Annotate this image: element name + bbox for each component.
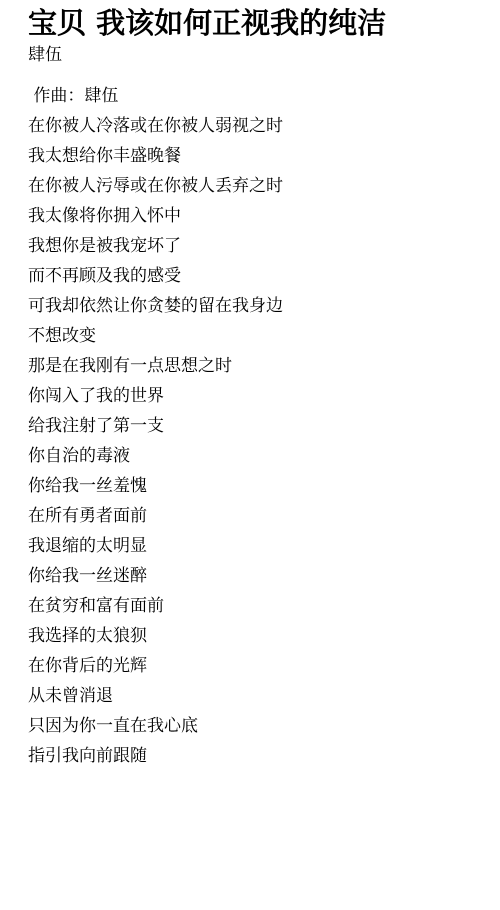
lyric-line: 你闯入了我的世界 xyxy=(0,381,500,411)
lyric-line: 在你被人污辱或在你被人丢弃之时 xyxy=(0,171,500,201)
lyric-line: 不想改变 xyxy=(0,321,500,351)
lyric-line: 可我却依然让你贪婪的留在我身边 xyxy=(0,291,500,321)
lyrics-block: 作曲：肆伍在你被人冷落或在你被人弱视之时我太想给你丰盛晚餐在你被人污辱或在你被人… xyxy=(0,81,500,771)
lyric-line: 我太想给你丰盛晚餐 xyxy=(0,141,500,171)
lyric-line: 作曲：肆伍 xyxy=(0,81,500,111)
lyric-line: 我选择的太狼狈 xyxy=(0,621,500,651)
lyric-line: 在贫穷和富有面前 xyxy=(0,591,500,621)
lyric-line: 只因为你一直在我心底 xyxy=(0,711,500,741)
lyric-line: 我退缩的太明显 xyxy=(0,531,500,561)
lyrics-page: 宝贝 我该如何正视我的纯洁 肆伍 作曲：肆伍在你被人冷落或在你被人弱视之时我太想… xyxy=(0,0,500,910)
lyric-line: 我太像将你拥入怀中 xyxy=(0,201,500,231)
lyric-line: 从未曾消退 xyxy=(0,681,500,711)
lyric-line: 我想你是被我宠坏了 xyxy=(0,231,500,261)
lyric-line: 你自治的毒液 xyxy=(0,441,500,471)
page-title: 宝贝 我该如何正视我的纯洁 xyxy=(0,0,500,42)
lyric-line: 而不再顾及我的感受 xyxy=(0,261,500,291)
lyric-line: 给我注射了第一支 xyxy=(0,411,500,441)
artist-name: 肆伍 xyxy=(0,42,500,67)
lyric-line: 那是在我刚有一点思想之时 xyxy=(0,351,500,381)
lyric-line: 你给我一丝迷醉 xyxy=(0,561,500,591)
lyric-line: 在你背后的光辉 xyxy=(0,651,500,681)
lyric-line: 指引我向前跟随 xyxy=(0,741,500,771)
lyric-line: 在所有勇者面前 xyxy=(0,501,500,531)
lyric-line: 你给我一丝羞愧 xyxy=(0,471,500,501)
lyric-line: 在你被人冷落或在你被人弱视之时 xyxy=(0,111,500,141)
